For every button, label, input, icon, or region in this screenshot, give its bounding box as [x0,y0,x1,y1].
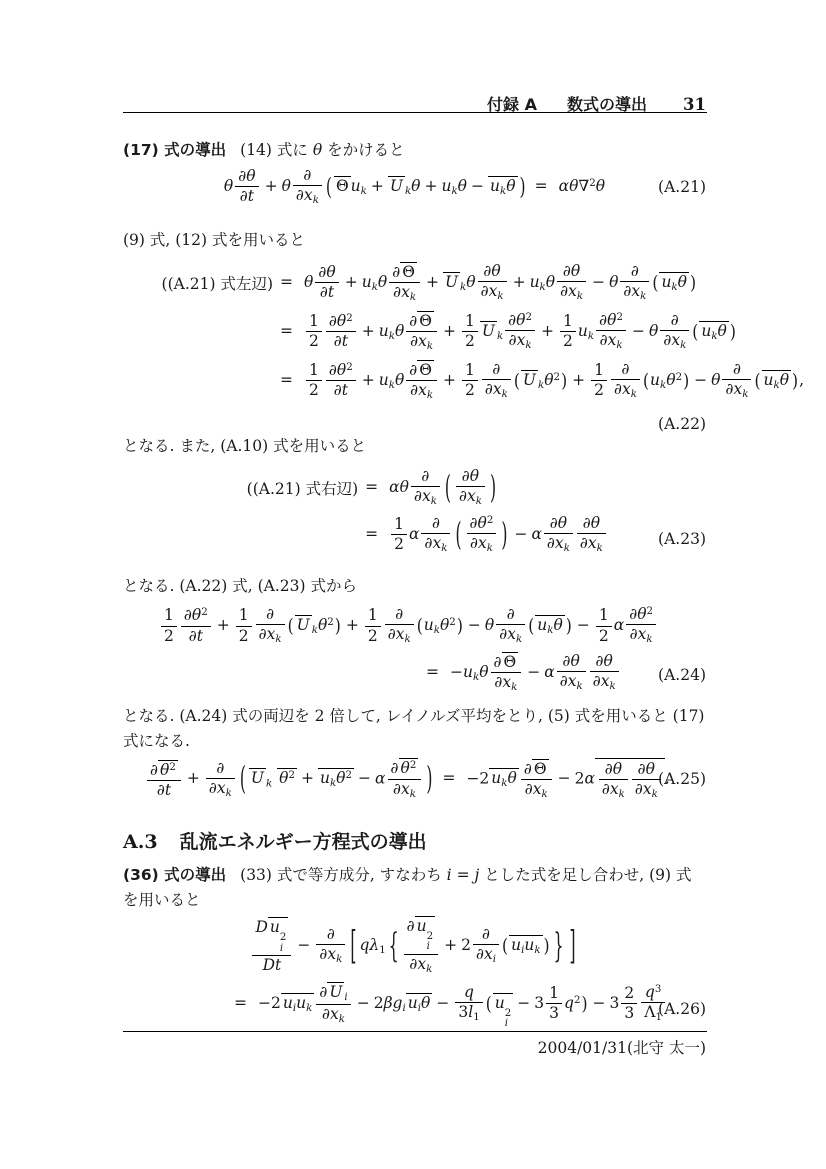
equation-a22: ((A.21) 式左辺) =θ∂θ∂t+ukθ∂Θ∂xk+Ukθ∂θ∂xk+uk… [123,262,706,433]
equation-a24-label: (A.24) [658,666,706,684]
paragraph-reynolds-line2: 式になる. [123,729,713,754]
paragraph-use-a10-text: となる. また, (A.10) 式を用いると [123,437,366,455]
equation-a21-label: (A.21) [658,178,706,196]
equation-a22-row2-rhs: =12∂θ2∂t+ukθ∂Θ∂xk+12Uk∂θ2∂xk+12uk∂θ2∂xk−… [273,311,737,353]
paragraph-from-a22-a23: となる. (A.22) 式, (A.23) 式から [123,574,713,599]
equation-a23: ((A.21) 式右辺) =αθ∂∂xk(∂θ∂xk) =12α∂∂xk(∂θ2… [123,468,706,562]
equation-a22-row1: ((A.21) 式左辺) =θ∂θ∂t+ukθ∂Θ∂xk+Ukθ∂θ∂xk+uk… [123,262,706,304]
derivation-36-line1: (36) 式の導出(33) 式で等方成分, すなわち i = j とした式を足し… [123,863,713,888]
equation-a26-line2: =−2uiuk∂Ui∂xk−2βgiuiθ−q3l1(u2i−313q2)−32… [227,982,706,1030]
equation-a23-row1-rhs: =αθ∂∂xk(∂θ∂xk) [358,468,499,508]
footer-rule [123,1031,707,1032]
equation-a23-label: (A.23) [658,530,706,548]
section-a3-heading: A.3乱流エネルギー方程式の導出 [123,827,427,854]
equation-a24: 12∂θ2∂t+12∂∂xk(Ukθ2)+12∂∂xk(ukθ2)−θ∂∂xk(… [123,606,706,694]
equation-a21-body: θ∂θ∂t+θ∂∂xk(Θuk+Ukθ+ukθ−ukθ)=αθ∇2θ [224,167,605,207]
section-a3-title: 乱流エネルギー方程式の導出 [180,831,427,853]
equation-a22-row3: =12∂θ2∂t+ukθ∂Θ∂xk+12∂∂xk(Ukθ2)+12∂∂xk(uk… [123,360,706,402]
derivation-17-intro: (14) 式に θ をかけると [240,141,404,159]
derivation-36-line2: を用いると [123,888,713,913]
equation-a23-lhs: ((A.21) 式右辺) [221,477,358,499]
equation-a24-line1: 12∂θ2∂t+12∂∂xk(Ukθ2)+12∂∂xk(ukθ2)−θ∂∂xk(… [159,606,706,646]
derivation-36-intro: (33) 式で等方成分, すなわち i = j とした式を足し合わせ, (9) … [240,866,691,884]
equation-a23-row1: ((A.21) 式右辺) =αθ∂∂xk(∂θ∂xk) [221,468,608,508]
footer-credit: 2004/01/31(北守 太一) [123,1036,706,1058]
derivation-36-label: (36) 式の導出 [123,866,226,884]
paragraph-reynolds: となる. (A.24) 式の両辺を 2 倍して, レイノルズ平均をとり, (5)… [123,704,713,753]
derivation-17-label: (17) 式の導出 [123,141,226,159]
equation-a26-line1: Du2iDt−∂∂xk[qλ1{∂u2i∂xk+2∂∂xi(uiuk)}] [250,916,578,976]
paragraph-derivation-36: (36) 式の導出(33) 式で等方成分, すなわち i = j とした式を足し… [123,863,713,912]
paragraph-use-a10: となる. また, (A.10) 式を用いると [123,434,713,459]
equation-a22-label: (A.22) [658,415,706,433]
equation-a22-row3-rhs: =12∂θ2∂t+ukθ∂Θ∂xk+12∂∂xk(Ukθ2)+12∂∂xk(uk… [273,360,804,402]
paragraph-use-9-12-text: (9) 式, (12) 式を用いると [123,231,305,249]
document-page: 付録 A 数式の導出 31 (17) 式の導出(14) 式に θ をかけると θ… [0,0,826,1169]
equation-a25: ∂θ2∂t+∂∂xk(Uk θ2+ukθ2−α∂θ2∂xk)=−2ukθ∂Θ∂x… [123,758,706,801]
equation-a23-align: ((A.21) 式右辺) =αθ∂∂xk(∂θ∂xk) =12α∂∂xk(∂θ2… [221,468,608,555]
paragraph-reynolds-line1: となる. (A.24) 式の両辺を 2 倍して, レイノルズ平均をとり, (5)… [123,704,713,729]
equation-a22-lhs: ((A.21) 式左辺) [123,272,273,294]
equation-a23-row2-rhs: =12α∂∂xk(∂θ2∂xk)−α∂θ∂xk∂θ∂xk [358,515,608,555]
equation-a26: Du2iDt−∂∂xk[qλ1{∂u2i∂xk+2∂∂xi(uiuk)}] =−… [123,916,706,1030]
equation-a22-row2: =12∂θ2∂t+ukθ∂Θ∂xk+12Uk∂θ2∂xk+12uk∂θ2∂xk−… [123,311,706,353]
paragraph-derivation-17: (17) 式の導出(14) 式に θ をかけると [123,138,713,163]
equation-a22-row1-rhs: =θ∂θ∂t+ukθ∂Θ∂xk+Ukθ∂θ∂xk+ukθ∂θ∂xk−θ∂∂xk(… [273,262,697,304]
section-a3-number: A.3 [123,831,158,853]
equation-a26-label: (A.26) [658,1000,706,1018]
equation-a23-row2: =12α∂∂xk(∂θ2∂xk)−α∂θ∂xk∂θ∂xk [221,515,608,555]
paragraph-use-9-12: (9) 式, (12) 式を用いると [123,228,713,253]
paragraph-from-a22-a23-text: となる. (A.22) 式, (A.23) 式から [123,577,357,595]
equation-a21: θ∂θ∂t+θ∂∂xk(Θuk+Ukθ+ukθ−ukθ)=αθ∇2θ (A.21… [123,167,706,207]
equation-a25-label: (A.25) [658,770,706,788]
header-rule [123,112,707,113]
equation-a25-body: ∂θ2∂t+∂∂xk(Uk θ2+ukθ2−α∂θ2∂xk)=−2ukθ∂Θ∂x… [145,758,706,801]
